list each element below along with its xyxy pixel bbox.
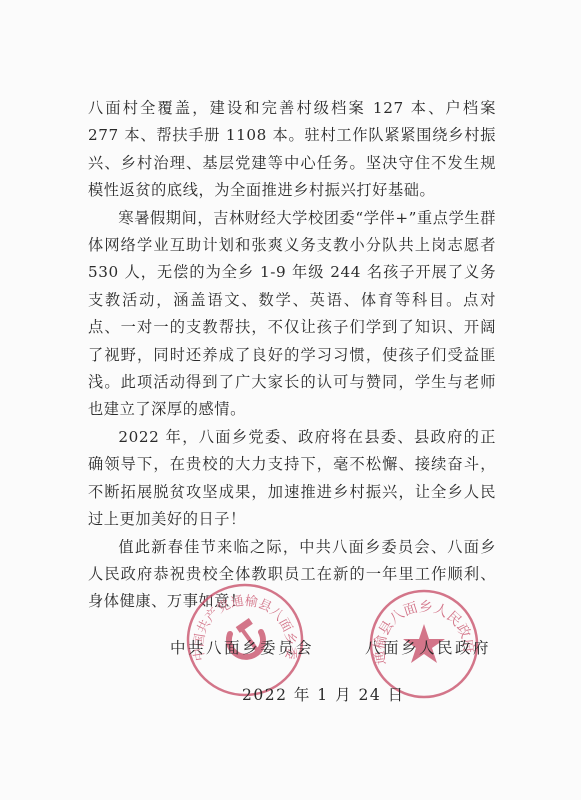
letter-date: 2022 年 1 月 24 日 <box>242 683 405 705</box>
signature-party-committee: 中共八面乡委员会 <box>170 636 314 658</box>
letter-body: 八面村全覆盖，建设和完善村级档案 127 本、户档案 277 本、帮扶手册 11… <box>88 95 496 616</box>
letter-page: 八面村全覆盖，建设和完善村级档案 127 本、户档案 277 本、帮扶手册 11… <box>0 0 581 800</box>
signature-row: 中共八面乡委员会 八面乡人民政府 <box>0 636 581 666</box>
paragraph-1: 八面村全覆盖，建设和完善村级档案 127 本、户档案 277 本、帮扶手册 11… <box>88 95 496 205</box>
paragraph-2: 寒暑假期间，吉林财经大学校团委“学伴+”重点学生群体网络学业互助计划和张爽义务支… <box>88 205 496 424</box>
signature-government: 八面乡人民政府 <box>365 636 491 658</box>
paragraph-3: 2022 年，八面乡党委、政府将在县委、县政府的正确领导下，在贵校的大力支持下，… <box>88 424 496 534</box>
